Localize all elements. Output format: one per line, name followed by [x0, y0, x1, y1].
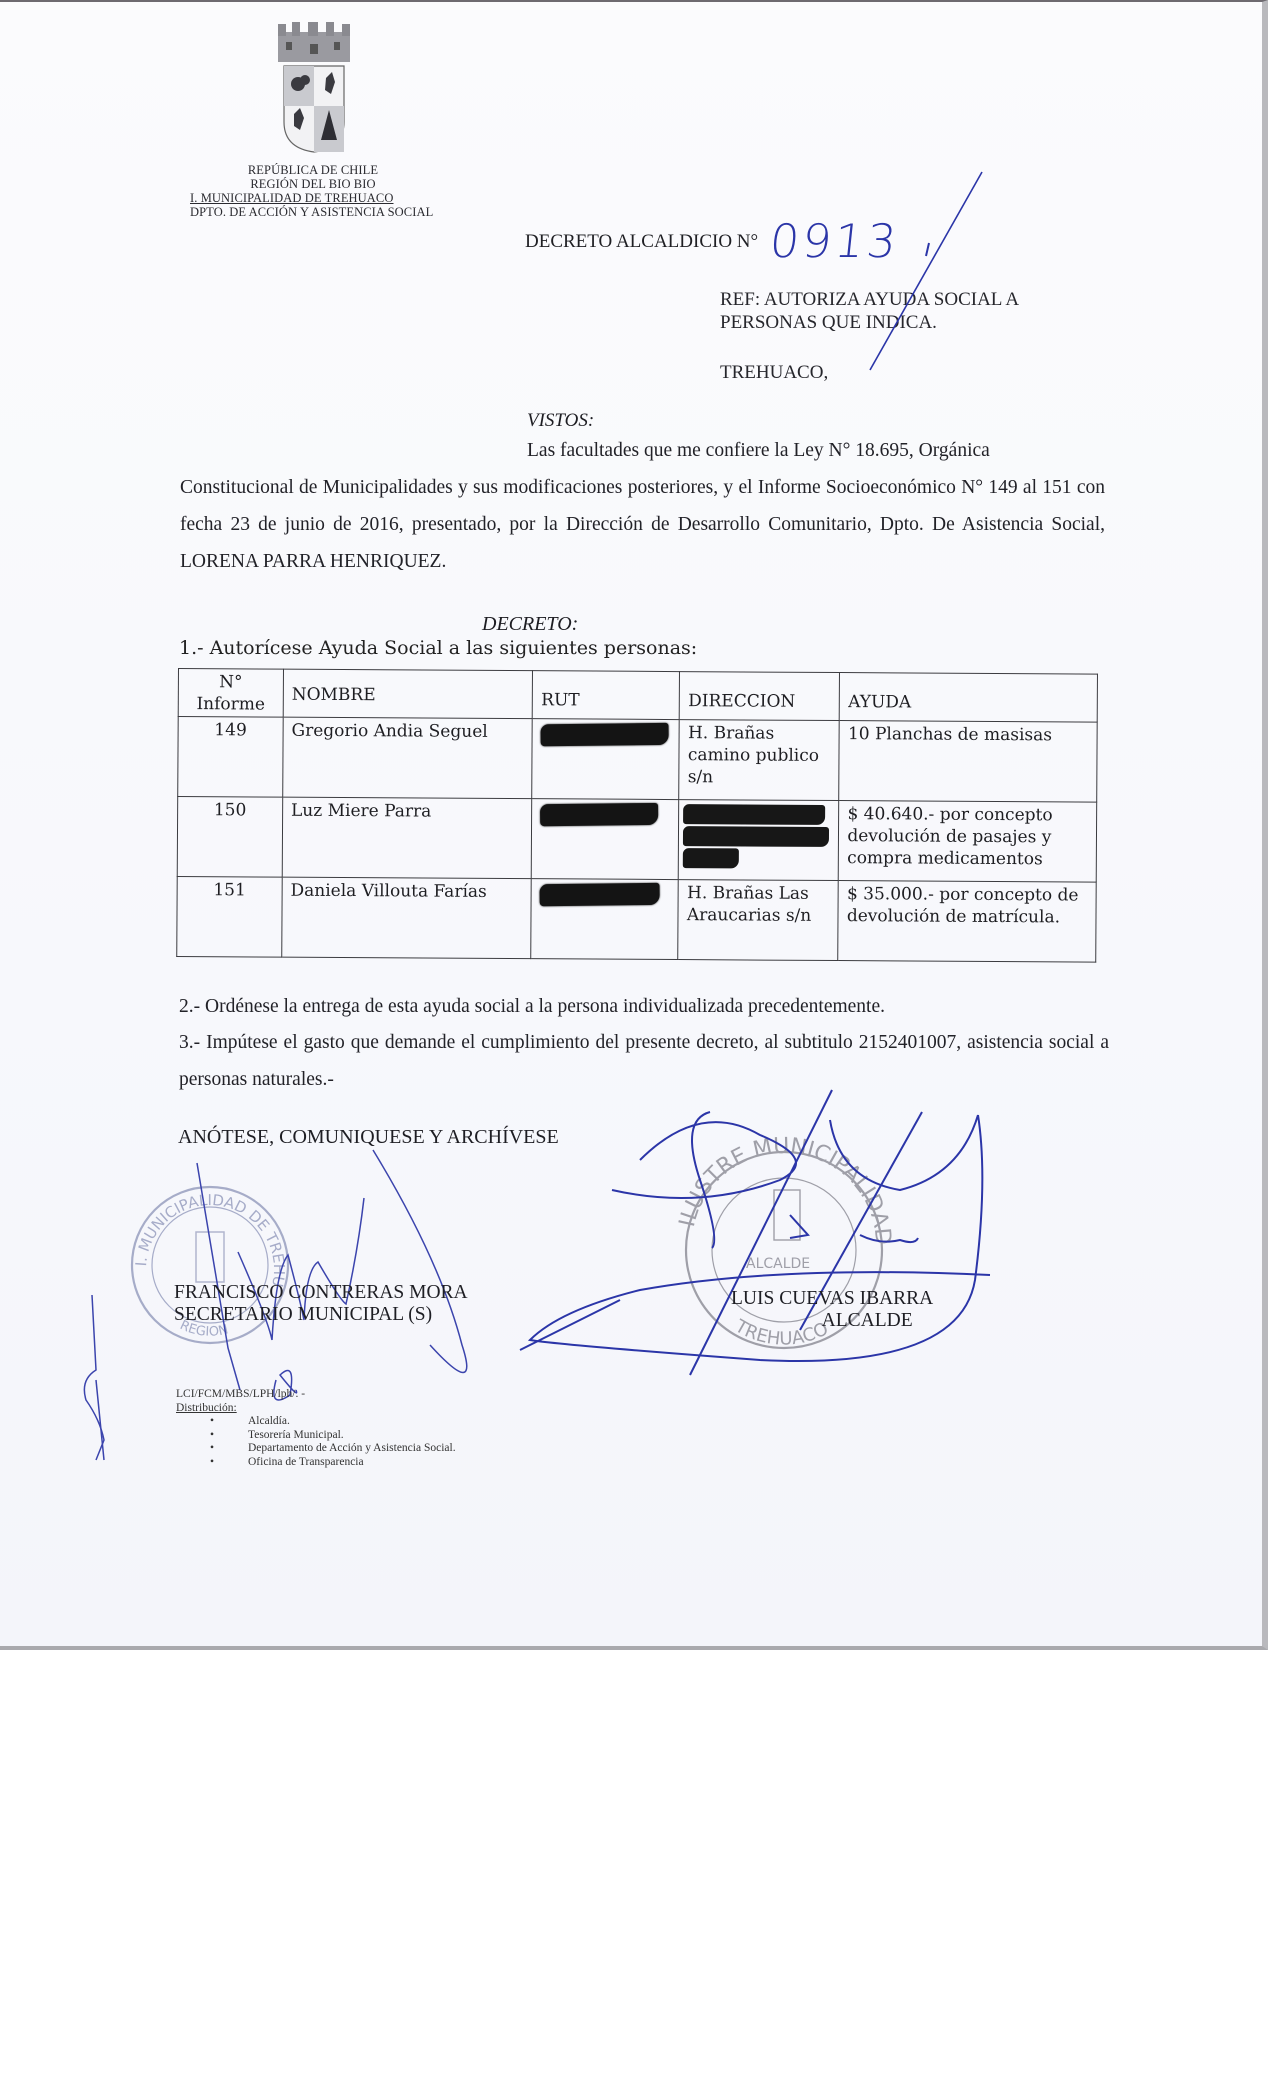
city-date-line: TREHUACO, [720, 362, 828, 384]
vistos-body: Constitucional de Municipalidades y sus … [180, 477, 1105, 572]
aid-recipients-table: N° Informe NOMBRE RUT DIRECCION AYUDA 14… [176, 668, 1098, 963]
redaction-mark [683, 826, 829, 847]
distribution-item: Departamento de Acción y Asistencia Soci… [210, 1442, 456, 1456]
distribution-item: Alcaldía. [210, 1415, 456, 1429]
table-row: 151 Daniela Villouta Farías H. Brañas La… [177, 876, 1096, 962]
col-header-rut: RUT [533, 671, 680, 720]
closing-formula: ANÓTESE, COMUNIQUESE Y ARCHÍVESE [178, 1126, 559, 1149]
redaction-mark [540, 883, 660, 906]
reference-line-2: PERSONAS QUE INDICA. [720, 311, 1019, 334]
col-header-informe: N° Informe [178, 669, 283, 718]
table-row: 149 Gregorio Andia Seguel H. Brañas cami… [178, 717, 1097, 803]
municipality-line: I. MUNICIPALIDAD DE TREHUACO [163, 191, 463, 205]
decree-item-2: 2.- Ordénese la entrega de esta ayuda so… [179, 988, 1109, 1025]
cell-ayuda: 10 Planchas de masisas [839, 721, 1097, 803]
distribution-item: Oficina de Transparencia [210, 1456, 456, 1470]
issuer-block: REPÚBLICA DE CHILE REGIÓN DEL BIO BIO I.… [163, 163, 463, 219]
distribution-heading: Distribución: [176, 1402, 237, 1414]
cell-rut-redacted [531, 879, 678, 960]
reference-initials: LCI/FCM/MBS/LPH/lph/. - [176, 1388, 305, 1400]
cell-informe: 149 [178, 717, 283, 798]
cell-ayuda: $ 35.000.- por concepto de devolución de… [838, 881, 1096, 963]
cell-rut-redacted [532, 719, 679, 800]
cell-nombre: Gregorio Andia Seguel [283, 717, 533, 799]
col-header-nombre: NOMBRE [283, 669, 533, 719]
vistos-paragraph: Las facultades que me confiere la Ley N°… [180, 432, 1105, 580]
vistos-first-line: Las facultades que me confiere la Ley N°… [180, 432, 1105, 469]
cell-direccion: H. Brañas camino publico s/n [679, 720, 839, 801]
region-line: REGIÓN DEL BIO BIO [163, 177, 463, 191]
table-header-row: N° Informe NOMBRE RUT DIRECCION AYUDA [178, 669, 1097, 723]
reference-line-1: REF: AUTORIZA AYUDA SOCIAL A [720, 288, 1019, 311]
col-header-ayuda: AYUDA [840, 673, 1098, 723]
cell-ayuda: $ 40.640.- por concepto devolución de pa… [839, 801, 1097, 883]
redaction-mark [541, 723, 669, 746]
redaction-mark [540, 803, 658, 826]
cell-direccion: H. Brañas Las Araucarias s/n [678, 880, 838, 961]
mayor-name: LUIS CUEVAS IBARRA [731, 1288, 933, 1310]
decree-number-handwritten: 0913 [767, 214, 902, 268]
mayor-signature-block: LUIS CUEVAS IBARRA ALCALDE [731, 1288, 933, 1332]
reference: REF: AUTORIZA AYUDA SOCIAL A PERSONAS QU… [720, 288, 1019, 334]
col-header-direccion: DIRECCION [680, 672, 840, 721]
vistos-heading: VISTOS: [527, 410, 594, 432]
coat-of-arms-icon [272, 22, 356, 154]
decree-item-1: 1.- Autorícese Ayuda Social a las siguie… [179, 637, 697, 659]
cell-nombre: Daniela Villouta Farías [282, 877, 532, 959]
decree-item-3: 3.- Impútese el gasto que demande el cum… [179, 1024, 1109, 1098]
redaction-mark [683, 804, 825, 825]
department-line: DPTO. DE ACCIÓN Y ASISTENCIA SOCIAL [163, 205, 463, 219]
country-line: REPÚBLICA DE CHILE [163, 163, 463, 177]
secretary-signature-block: FRANCISCO CONTRERAS MORA SECRETARIO MUNI… [174, 1282, 468, 1326]
cell-direccion-redacted [679, 800, 839, 881]
secretary-name: FRANCISCO CONTRERAS MORA [174, 1282, 468, 1304]
cell-informe: 151 [177, 876, 282, 957]
decree-title: DECRETO ALCALDICIO N° [525, 231, 758, 253]
redaction-mark [683, 848, 739, 868]
col-header-informe-line1: N° [183, 671, 279, 694]
table-row: 150 Luz Miere Parra $ 40.640.- por conce… [177, 797, 1096, 883]
cell-informe: 150 [177, 797, 282, 878]
cell-nombre: Luz Miere Parra [282, 797, 532, 879]
distribution-list: Alcaldía. Tesorería Municipal. Departame… [210, 1415, 456, 1469]
distribution-item: Tesorería Municipal. [210, 1429, 456, 1443]
mayor-role: ALCALDE [731, 1310, 933, 1332]
cell-rut-redacted [532, 799, 679, 880]
decreto-heading: DECRETO: [482, 613, 578, 636]
secretary-role: SECRETARIO MUNICIPAL (S) [174, 1304, 468, 1326]
col-header-informe-line2: Informe [183, 693, 279, 716]
